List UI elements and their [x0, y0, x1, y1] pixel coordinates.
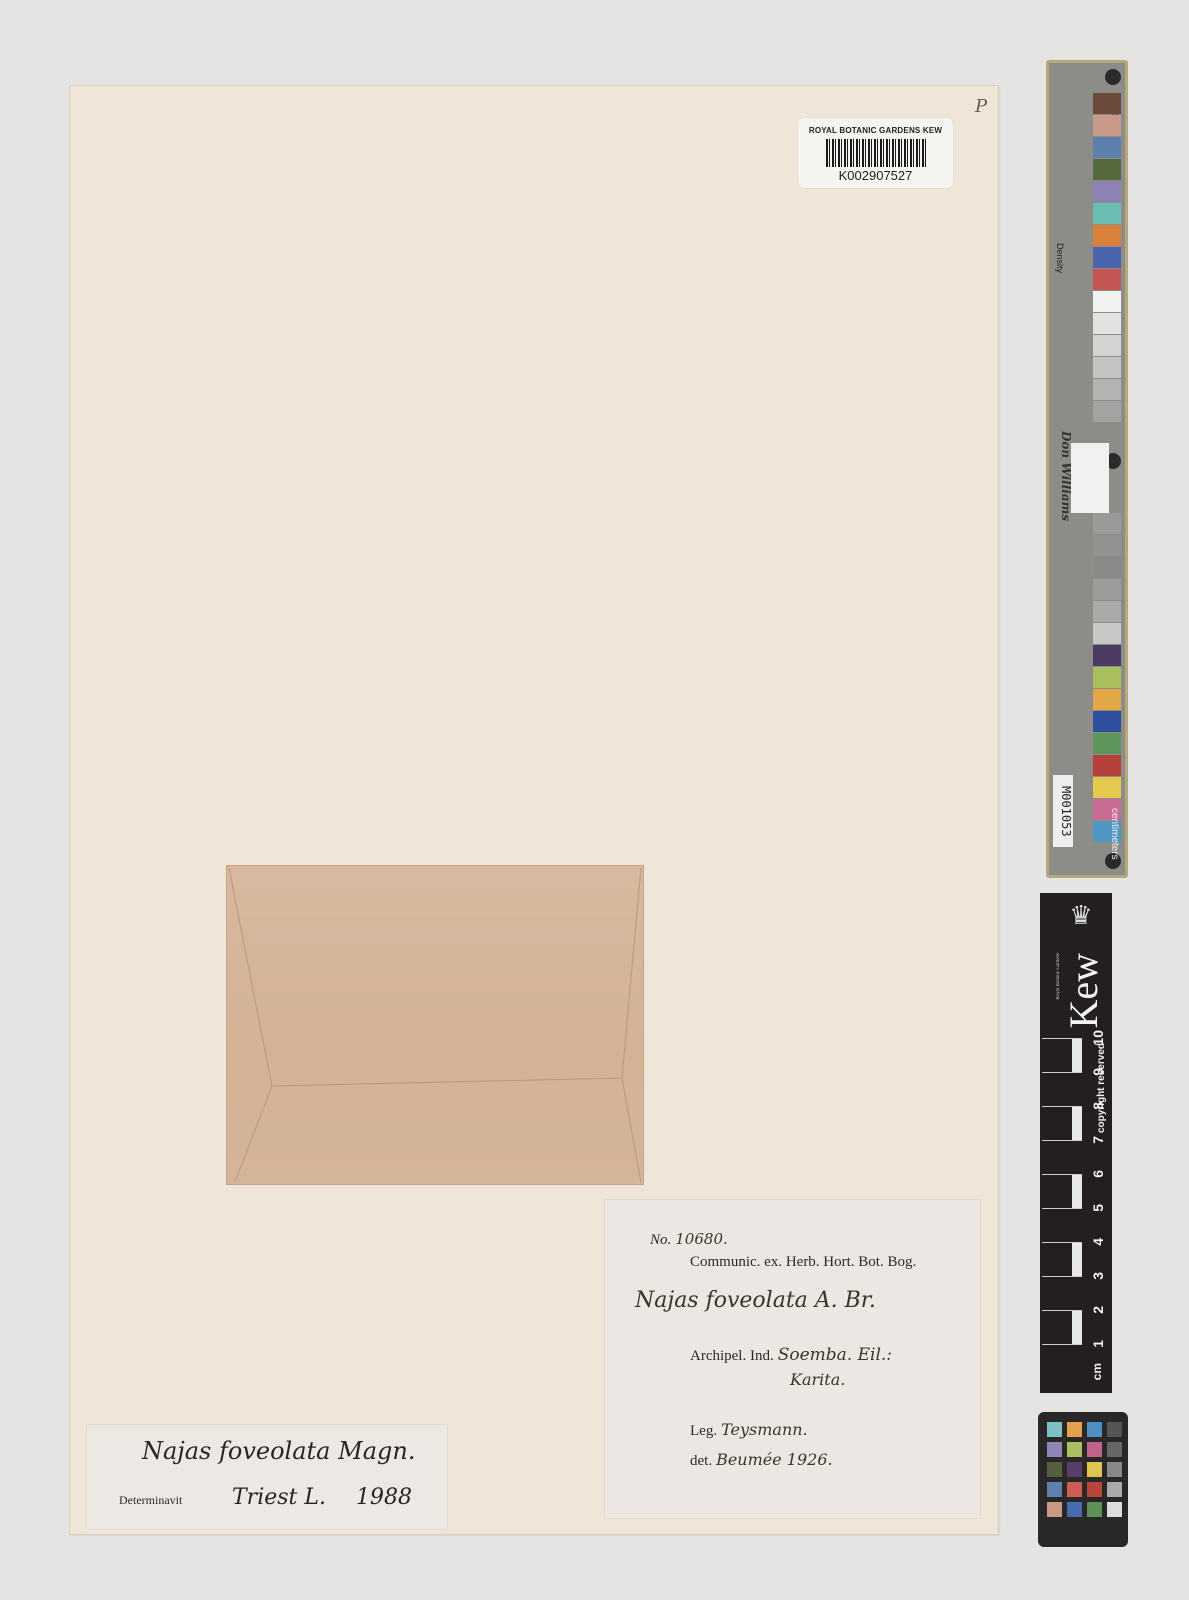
swatch	[1093, 689, 1121, 710]
scale-number: 8	[1090, 1102, 1106, 1110]
swatch	[1093, 601, 1121, 622]
locality-prefix: Archipel. Ind.	[690, 1348, 774, 1364]
swatch	[1093, 159, 1121, 180]
communicated-text: Communic. ex. Herb. Hort. Bot. Bog.	[690, 1254, 916, 1271]
kew-scale-bar: ♛ Kew Royal Botanic Gardens copyright re…	[1040, 893, 1112, 1393]
collector: Teysmann.	[721, 1420, 808, 1439]
swatch	[1093, 667, 1121, 688]
determiner: Beumée 1926.	[716, 1450, 833, 1469]
density-label: Density	[1055, 243, 1065, 273]
envelope-fold-lines	[227, 866, 643, 1184]
swatch	[1093, 645, 1121, 666]
scale-number: 5	[1090, 1204, 1106, 1212]
swatch	[1093, 269, 1121, 290]
swatch	[1093, 557, 1121, 578]
scale-number: 10	[1090, 1030, 1106, 1046]
collector-prefix: Leg.	[690, 1423, 717, 1439]
collection-label: No. 10680. Communic. ex. Herb. Hort. Bot…	[605, 1200, 980, 1518]
hole-icon	[1105, 69, 1121, 85]
scale-number: 3	[1090, 1272, 1106, 1280]
determiner-prefix: det.	[690, 1453, 712, 1469]
swatch	[1093, 623, 1121, 644]
cm-scale	[1042, 1038, 1082, 1388]
target-code: M001053	[1053, 775, 1073, 847]
swatch	[1093, 203, 1121, 224]
swatch	[1093, 535, 1121, 556]
taxon-name: Najas foveolata A. Br.	[635, 1288, 876, 1313]
cm-label: cm	[1090, 1363, 1104, 1380]
number-prefix: No.	[650, 1232, 671, 1248]
swatch	[1093, 335, 1121, 356]
swatch	[1093, 357, 1121, 378]
swatch	[1093, 313, 1121, 334]
scale-number: 9	[1090, 1068, 1106, 1076]
scale-number: 6	[1090, 1170, 1106, 1178]
color-target-strip: inches Density Don Williams M0	[1046, 60, 1128, 878]
swatch	[1093, 137, 1121, 158]
scale-number: 4	[1090, 1238, 1106, 1246]
determinavit-label: Determinavit	[119, 1493, 182, 1508]
scale-number: 2	[1090, 1306, 1106, 1314]
crest-icon: ♛	[1066, 901, 1096, 937]
determination-label: Najas foveolata Magn. Determinavit Tries…	[87, 1425, 447, 1529]
specimen-envelope	[226, 865, 644, 1185]
swatch	[1093, 711, 1121, 732]
corner-mark: P	[975, 96, 987, 117]
swatch	[1093, 247, 1121, 268]
swatch	[1093, 401, 1121, 422]
swatch	[1093, 579, 1121, 600]
density-inset	[1071, 443, 1109, 513]
det-year: 1988	[356, 1485, 412, 1510]
institution-name: ROYAL BOTANIC GARDENS KEW	[798, 126, 953, 135]
det-taxon-name: Najas foveolata Magn.	[142, 1437, 415, 1465]
kew-subtitle: Royal Botanic Gardens	[1056, 953, 1061, 1000]
scale-number: 7	[1090, 1136, 1106, 1144]
swatch	[1093, 777, 1121, 798]
locality: Soemba. Eil.:	[778, 1345, 892, 1365]
barcode-number: K002907527	[798, 168, 953, 183]
swatch	[1093, 115, 1121, 136]
color-checker-card	[1038, 1412, 1128, 1547]
specimen-number: 10680.	[675, 1230, 728, 1248]
centimeters-label: centimeters	[1109, 808, 1120, 860]
det-determiner: Triest L.	[232, 1485, 326, 1510]
copyright-text: copyright reserved	[1096, 1043, 1107, 1133]
swatch	[1093, 379, 1121, 400]
swatch	[1093, 733, 1121, 754]
locality-2: Karita.	[790, 1370, 845, 1389]
barcode-label: ROYAL BOTANIC GARDENS KEW K002907527	[798, 118, 953, 188]
checker-grid	[1047, 1422, 1122, 1517]
swatch	[1093, 291, 1121, 312]
swatch	[1093, 93, 1121, 114]
barcode-icon	[826, 139, 926, 167]
swatch	[1093, 513, 1121, 534]
kew-logo: Kew	[1064, 953, 1104, 1029]
scale-number: 1	[1090, 1340, 1106, 1348]
swatch	[1093, 755, 1121, 776]
swatch	[1093, 181, 1121, 202]
swatch	[1093, 225, 1121, 246]
